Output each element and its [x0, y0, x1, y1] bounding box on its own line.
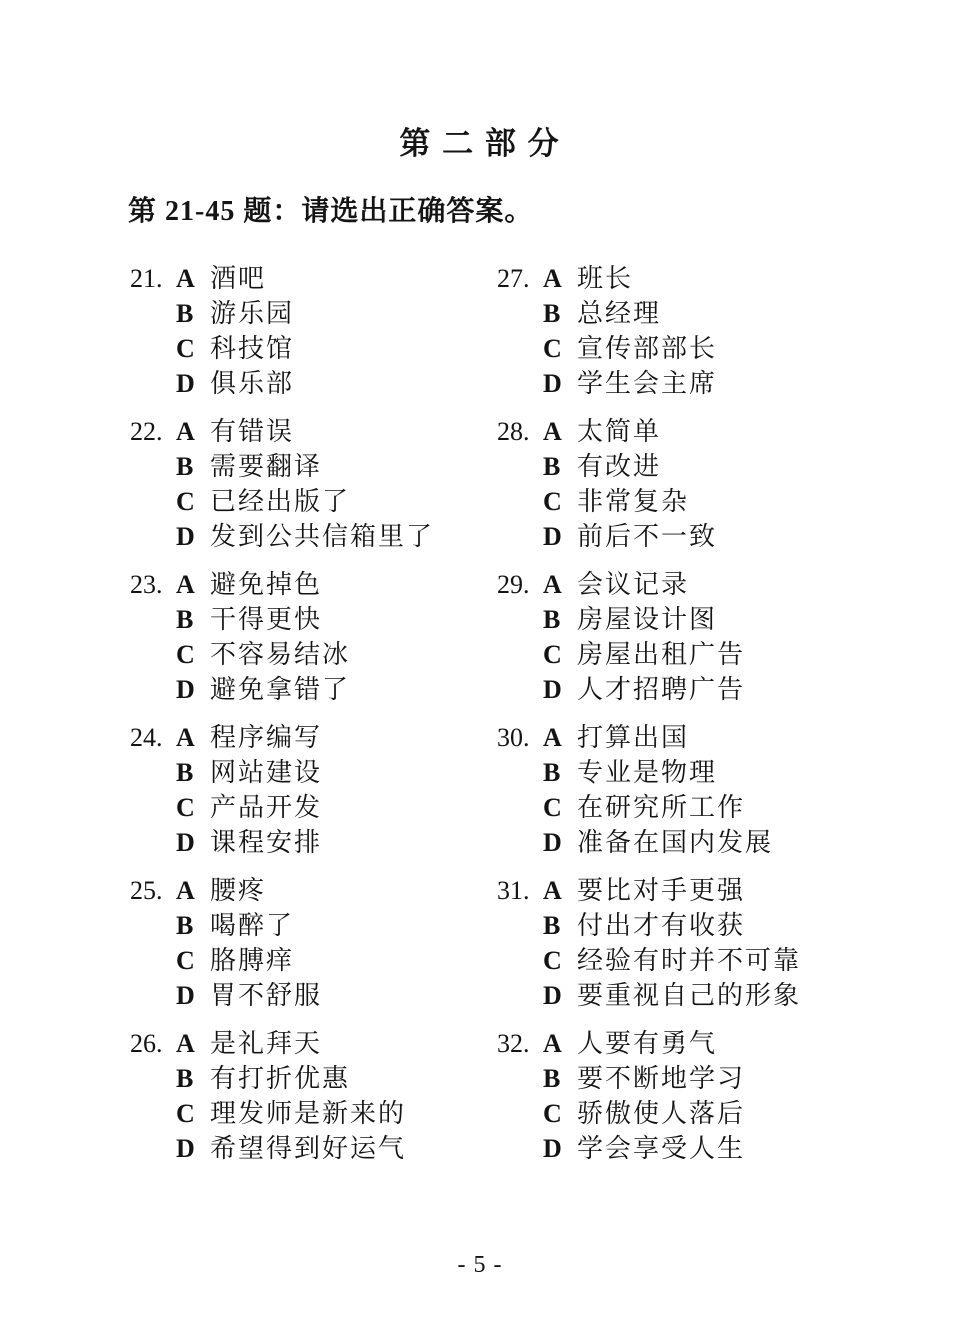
- option-text: 有打折优惠: [210, 1061, 350, 1096]
- option-letter: D: [543, 366, 577, 401]
- option-text: 经验有时并不可靠: [577, 943, 801, 978]
- option-letter: B: [543, 908, 577, 943]
- option-text: 有错误: [210, 414, 294, 449]
- question-29: 29. A 会议记录 B 房屋设计图 C 房屋出租广告: [497, 567, 801, 707]
- option-text: 房屋设计图: [577, 602, 717, 637]
- option-row: B 总经理: [543, 296, 717, 331]
- option-row: D 胃不舒服: [176, 978, 322, 1013]
- option-row: D 准备在国内发展: [543, 825, 773, 860]
- option-letter: D: [176, 1131, 210, 1166]
- option-text: 程序编写: [210, 720, 322, 755]
- option-row: C 已经出版了: [176, 484, 434, 519]
- option-row: A 人要有勇气: [543, 1026, 745, 1061]
- option-row: A 腰疼: [176, 873, 322, 908]
- option-text: 科技馆: [210, 331, 294, 366]
- question-27: 27. A 班长 B 总经理 C 宣传部部长: [497, 261, 801, 401]
- option-row: B 有改进: [543, 449, 717, 484]
- option-text: 胳膊痒: [210, 943, 294, 978]
- option-letter: C: [543, 1096, 577, 1131]
- question-number: 25.: [130, 873, 176, 908]
- option-letter: B: [543, 296, 577, 331]
- option-letter: A: [543, 873, 577, 908]
- option-letter: B: [543, 1061, 577, 1096]
- option-letter: B: [176, 296, 210, 331]
- option-letter: B: [176, 908, 210, 943]
- question-number: 32.: [497, 1026, 543, 1061]
- question-24: 24. A 程序编写 B 网站建设 C 产品开发: [130, 720, 497, 860]
- question-number: 23.: [130, 567, 176, 602]
- option-row: A 程序编写: [176, 720, 322, 755]
- questions-area: 21. A 酒吧 B 游乐园 C 科技馆: [0, 261, 960, 1179]
- option-text: 不容易结冰: [210, 637, 350, 672]
- option-text: 腰疼: [210, 873, 266, 908]
- page-title: 第 二 部 分: [0, 118, 960, 163]
- option-letter: D: [176, 978, 210, 1013]
- question-32: 32. A 人要有勇气 B 要不断地学习 C 骄傲使人落后: [497, 1026, 801, 1166]
- option-text: 避免掉色: [210, 567, 322, 602]
- option-letter: B: [543, 602, 577, 637]
- option-letter: A: [543, 1026, 577, 1061]
- option-text: 胃不舒服: [210, 978, 322, 1013]
- option-text: 要不断地学习: [577, 1061, 745, 1096]
- option-text: 需要翻译: [210, 449, 322, 484]
- question-number: 28.: [497, 414, 543, 449]
- option-row: C 骄傲使人落后: [543, 1096, 745, 1131]
- option-text: 班长: [577, 261, 633, 296]
- page-number: - 5 -: [0, 1252, 960, 1279]
- option-row: B 网站建设: [176, 755, 322, 790]
- option-text: 已经出版了: [210, 484, 350, 519]
- question-25: 25. A 腰疼 B 喝醉了 C 胳膊痒: [130, 873, 497, 1013]
- section-instruction: 第 21-45 题：请选出正确答案。: [128, 189, 960, 229]
- option-text: 准备在国内发展: [577, 825, 773, 860]
- option-row: B 房屋设计图: [543, 602, 745, 637]
- option-text: 学会享受人生: [577, 1131, 745, 1166]
- option-row: C 产品开发: [176, 790, 322, 825]
- option-text: 网站建设: [210, 755, 322, 790]
- option-text: 前后不一致: [577, 519, 717, 554]
- option-letter: D: [176, 366, 210, 401]
- question-26: 26. A 是礼拜天 B 有打折优惠 C 理发师是新来的: [130, 1026, 497, 1166]
- option-row: A 是礼拜天: [176, 1026, 406, 1061]
- option-letter: D: [543, 519, 577, 554]
- option-letter: B: [176, 1061, 210, 1096]
- question-number: 26.: [130, 1026, 176, 1061]
- option-letter: D: [543, 1131, 577, 1166]
- question-22: 22. A 有错误 B 需要翻译 C 已经出版了: [130, 414, 497, 554]
- option-letter: B: [176, 449, 210, 484]
- option-text: 干得更快: [210, 602, 322, 637]
- option-letter: C: [176, 790, 210, 825]
- option-text: 产品开发: [210, 790, 322, 825]
- option-text: 太简单: [577, 414, 661, 449]
- option-row: D 希望得到好运气: [176, 1131, 406, 1166]
- option-text: 游乐园: [210, 296, 294, 331]
- option-text: 要重视自己的形象: [577, 978, 801, 1013]
- option-row: B 喝醉了: [176, 908, 322, 943]
- option-letter: C: [543, 943, 577, 978]
- option-letter: B: [176, 755, 210, 790]
- option-row: C 宣传部部长: [543, 331, 717, 366]
- option-row: B 有打折优惠: [176, 1061, 406, 1096]
- option-text: 房屋出租广告: [577, 637, 745, 672]
- option-text: 俱乐部: [210, 366, 294, 401]
- option-letter: A: [543, 567, 577, 602]
- option-row: C 科技馆: [176, 331, 294, 366]
- option-row: D 学会享受人生: [543, 1131, 745, 1166]
- option-row: D 人才招聘广告: [543, 672, 745, 707]
- question-31: 31. A 要比对手更强 B 付出才有收获 C 经验有时并不可靠: [497, 873, 801, 1013]
- option-letter: D: [543, 978, 577, 1013]
- option-row: B 要不断地学习: [543, 1061, 745, 1096]
- option-text: 发到公共信箱里了: [210, 519, 434, 554]
- option-row: B 游乐园: [176, 296, 294, 331]
- question-28: 28. A 太简单 B 有改进 C 非常复杂: [497, 414, 801, 554]
- question-30: 30. A 打算出国 B 专业是物理 C 在研究所工作: [497, 720, 801, 860]
- option-row: B 干得更快: [176, 602, 350, 637]
- option-row: D 要重视自己的形象: [543, 978, 801, 1013]
- option-letter: B: [543, 755, 577, 790]
- option-letter: C: [176, 484, 210, 519]
- option-text: 会议记录: [577, 567, 689, 602]
- option-text: 希望得到好运气: [210, 1131, 406, 1166]
- option-letter: C: [543, 637, 577, 672]
- option-letter: A: [176, 1026, 210, 1061]
- option-letter: A: [176, 720, 210, 755]
- option-letter: C: [543, 331, 577, 366]
- option-row: A 避免掉色: [176, 567, 350, 602]
- option-letter: D: [176, 825, 210, 860]
- option-text: 宣传部部长: [577, 331, 717, 366]
- option-letter: D: [543, 672, 577, 707]
- question-number: 21.: [130, 261, 176, 296]
- option-text: 要比对手更强: [577, 873, 745, 908]
- column-right: 27. A 班长 B 总经理 C 宣传部部长: [497, 261, 801, 1179]
- option-row: D 课程安排: [176, 825, 322, 860]
- option-text: 有改进: [577, 449, 661, 484]
- option-row: C 不容易结冰: [176, 637, 350, 672]
- question-number: 30.: [497, 720, 543, 755]
- option-letter: A: [543, 414, 577, 449]
- option-text: 人才招聘广告: [577, 672, 745, 707]
- question-number: 24.: [130, 720, 176, 755]
- column-left: 21. A 酒吧 B 游乐园 C 科技馆: [130, 261, 497, 1179]
- option-row: D 避免拿错了: [176, 672, 350, 707]
- option-letter: C: [176, 943, 210, 978]
- option-text: 人要有勇气: [577, 1026, 717, 1061]
- option-row: C 房屋出租广告: [543, 637, 745, 672]
- option-text: 酒吧: [210, 261, 266, 296]
- option-letter: D: [176, 519, 210, 554]
- option-text: 打算出国: [577, 720, 689, 755]
- option-text: 是礼拜天: [210, 1026, 322, 1061]
- question-21: 21. A 酒吧 B 游乐园 C 科技馆: [130, 261, 497, 401]
- option-row: C 在研究所工作: [543, 790, 773, 825]
- option-letter: C: [543, 790, 577, 825]
- option-text: 总经理: [577, 296, 661, 331]
- option-letter: A: [176, 873, 210, 908]
- option-letter: B: [176, 602, 210, 637]
- question-number: 29.: [497, 567, 543, 602]
- option-row: C 胳膊痒: [176, 943, 322, 978]
- option-row: C 理发师是新来的: [176, 1096, 406, 1131]
- question-number: 27.: [497, 261, 543, 296]
- option-row: A 要比对手更强: [543, 873, 801, 908]
- option-row: A 班长: [543, 261, 717, 296]
- option-row: B 需要翻译: [176, 449, 434, 484]
- option-letter: C: [176, 331, 210, 366]
- option-row: D 学生会主席: [543, 366, 717, 401]
- option-text: 学生会主席: [577, 366, 717, 401]
- option-letter: A: [176, 261, 210, 296]
- question-23: 23. A 避免掉色 B 干得更快 C 不容易结冰: [130, 567, 497, 707]
- option-row: D 前后不一致: [543, 519, 717, 554]
- option-text: 付出才有收获: [577, 908, 745, 943]
- option-row: A 会议记录: [543, 567, 745, 602]
- option-letter: A: [176, 567, 210, 602]
- option-row: B 付出才有收获: [543, 908, 801, 943]
- option-row: A 有错误: [176, 414, 434, 449]
- option-text: 非常复杂: [577, 484, 689, 519]
- option-text: 在研究所工作: [577, 790, 745, 825]
- option-letter: C: [543, 484, 577, 519]
- option-letter: C: [176, 637, 210, 672]
- question-number: 31.: [497, 873, 543, 908]
- option-letter: A: [543, 720, 577, 755]
- option-text: 避免拿错了: [210, 672, 350, 707]
- option-letter: D: [543, 825, 577, 860]
- option-row: C 经验有时并不可靠: [543, 943, 801, 978]
- option-letter: A: [543, 261, 577, 296]
- option-row: A 打算出国: [543, 720, 773, 755]
- question-number: 22.: [130, 414, 176, 449]
- exam-page: 第 二 部 分 第 21-45 题：请选出正确答案。 21. A 酒吧 B 游乐…: [0, 0, 960, 1334]
- option-letter: C: [176, 1096, 210, 1131]
- option-row: A 酒吧: [176, 261, 294, 296]
- option-letter: B: [543, 449, 577, 484]
- option-row: B 专业是物理: [543, 755, 773, 790]
- option-text: 理发师是新来的: [210, 1096, 406, 1131]
- option-letter: D: [176, 672, 210, 707]
- option-row: A 太简单: [543, 414, 717, 449]
- option-letter: A: [176, 414, 210, 449]
- option-text: 课程安排: [210, 825, 322, 860]
- option-row: D 发到公共信箱里了: [176, 519, 434, 554]
- option-text: 专业是物理: [577, 755, 717, 790]
- option-text: 骄傲使人落后: [577, 1096, 745, 1131]
- option-row: D 俱乐部: [176, 366, 294, 401]
- option-text: 喝醉了: [210, 908, 294, 943]
- option-row: C 非常复杂: [543, 484, 717, 519]
